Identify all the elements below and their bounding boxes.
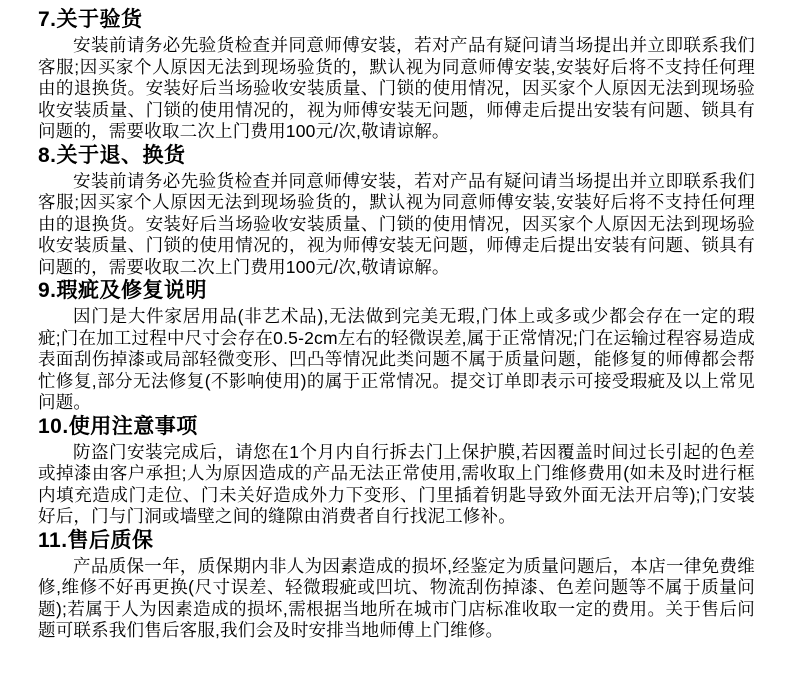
section-heading: 11.售后质保 — [38, 529, 755, 553]
section-heading: 7.关于验货 — [38, 8, 755, 32]
section-heading: 9.瑕疵及修复说明 — [38, 279, 755, 303]
section-return-exchange: 8.关于退、换货 安装前请务必先验货检查并同意师傅安装，若对产品有疑问请当场提出… — [38, 144, 755, 279]
section-body: 安装前请务必先验货检查并同意师傅安装，若对产品有疑问请当场提出并立即联系我们客服… — [38, 171, 755, 279]
section-heading: 8.关于退、换货 — [38, 144, 755, 168]
policy-document: 7.关于验货 安装前请务必先验货检查并同意师傅安装，若对产品有疑问请当场提出并立… — [0, 0, 790, 642]
section-usage-notes: 10.使用注意事项 防盗门安装完成后，请您在1个月内自行拆去门上保护膜,若因覆盖… — [38, 415, 755, 528]
section-defects-repair: 9.瑕疵及修复说明 因门是大件家居用品(非艺术品),无法做到完美无瑕,门体上或多… — [38, 279, 755, 414]
section-heading: 10.使用注意事项 — [38, 415, 755, 439]
section-body: 因门是大件家居用品(非艺术品),无法做到完美无瑕,门体上或多或少都会存在一定的瑕… — [38, 306, 755, 414]
section-body: 产品质保一年，质保期内非人为因素造成的损坏,经鉴定为质量问题后，本店一律免费维修… — [38, 556, 755, 642]
section-after-sales-warranty: 11.售后质保 产品质保一年，质保期内非人为因素造成的损坏,经鉴定为质量问题后，… — [38, 529, 755, 642]
section-body: 防盗门安装完成后，请您在1个月内自行拆去门上保护膜,若因覆盖时间过长引起的色差或… — [38, 442, 755, 528]
section-inspection: 7.关于验货 安装前请务必先验货检查并同意师傅安装，若对产品有疑问请当场提出并立… — [38, 8, 755, 143]
section-body: 安装前请务必先验货检查并同意师傅安装，若对产品有疑问请当场提出并立即联系我们客服… — [38, 35, 755, 143]
